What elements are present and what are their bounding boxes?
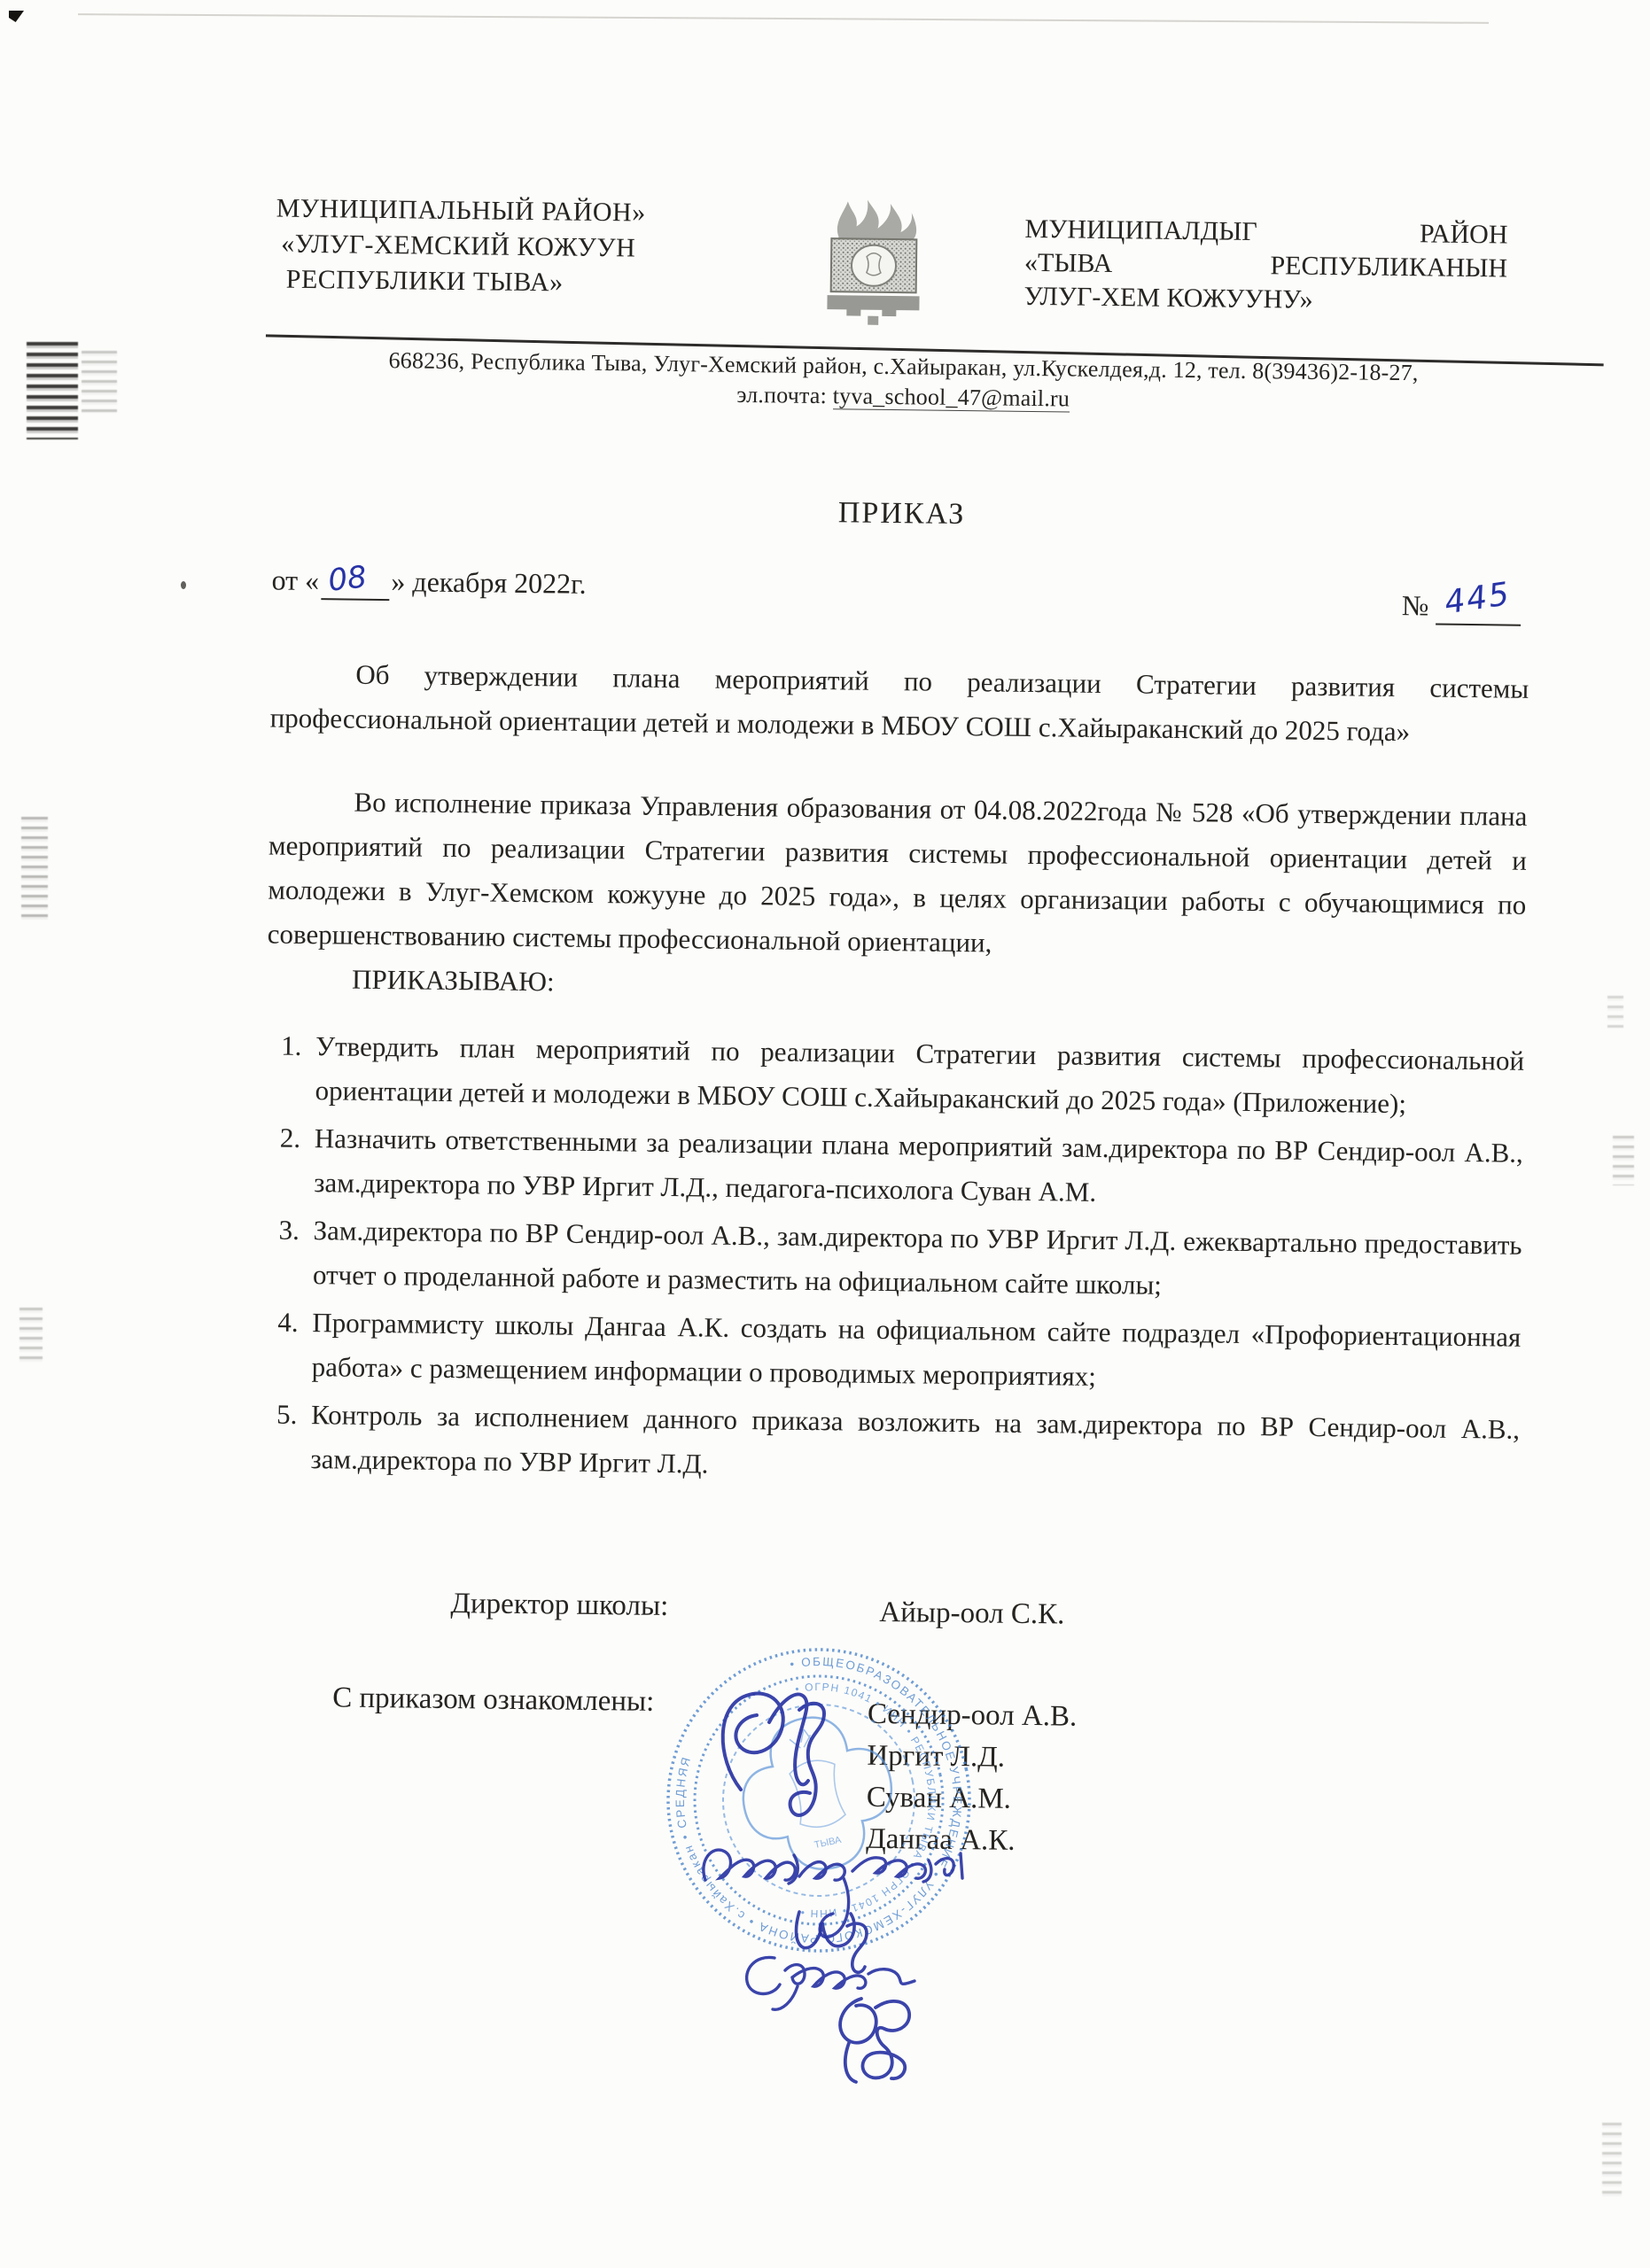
date-number-row: от «08» декабря 2022г. № 445 (271, 562, 1530, 625)
scan-smudge (82, 351, 117, 413)
order-item: Программисту школы Дангаа А.К. создать н… (304, 1301, 1521, 1404)
org-line: «ТЫВА РЕСПУБЛИКАНЫН (1024, 246, 1507, 286)
org-line: МУНИЦИПАЛДЫГ РАЙОН (1024, 213, 1507, 252)
org-line: УЛУГ-ХЕМ КОЖУУНУ» (1023, 280, 1506, 320)
scan-smudge (21, 817, 48, 921)
email-label: эл.почта: (736, 382, 833, 408)
number-line: № 445 (1402, 586, 1522, 626)
date-blank: 08 (321, 563, 390, 601)
doc-title: ПРИКАЗ (272, 489, 1530, 538)
order-item: Утвердить план мероприятий по реализации… (307, 1024, 1524, 1128)
signature-director (707, 1676, 858, 1845)
org-name-left: МУНИЦИПАЛЬНЫЙ РАЙОН» «УЛУГ-ХЕМСКИЙ КОЖУУ… (276, 191, 724, 303)
order-item: Зам.директора по ВР Сендир-оол А.В., зам… (306, 1208, 1522, 1312)
org-name-right: МУНИЦИПАЛДЫГ РАЙОН «ТЫВА РЕСПУБЛИКАНЫН У… (1023, 200, 1508, 320)
director-label: Директор школы: (450, 1588, 668, 1623)
org-line: «УЛУГ-ХЕМСКИЙ КОЖУУН (276, 227, 723, 268)
scan-smudge (27, 342, 78, 439)
scanned-order-page: МУНИЦИПАЛЬНЫЙ РАЙОН» «УЛУГ-ХЕМСКИЙ КОЖУУ… (0, 0, 1650, 2268)
order-list: Утвердить план мероприятий по реализации… (261, 1023, 1524, 1495)
scan-smudge (19, 1308, 43, 1363)
letterhead: МУНИЦИПАЛЬНЫЙ РАЙОН» «УЛУГ-ХЕМСКИЙ КОЖУУ… (275, 191, 1535, 338)
number-label: № (1402, 589, 1429, 621)
date-prefix: от « (271, 563, 319, 596)
subject-paragraph: Об утверждении плана мероприятий по реал… (269, 651, 1529, 755)
order-item: Контроль за исполнением данного приказа … (303, 1393, 1520, 1496)
number-blank: 445 (1436, 587, 1522, 626)
scan-smudge (1613, 1136, 1634, 1185)
date-handwritten: 08 (326, 559, 368, 599)
scan-smudge (1602, 2123, 1622, 2197)
order-item: Назначить ответственными за реализации п… (307, 1116, 1523, 1220)
number-handwritten: 445 (1442, 576, 1513, 621)
scan-ink-dot (181, 581, 186, 589)
preamble-paragraph: Во исполнение приказа Управления образов… (267, 779, 1527, 971)
signature-dangaa (810, 1981, 943, 2091)
date-suffix: » декабря 2022г. (391, 565, 587, 600)
scan-corner-mark (9, 11, 24, 22)
scan-smudge (1607, 996, 1623, 1028)
coat-of-arms-icon (823, 198, 924, 330)
ack-label: С приказом ознакомлены: (332, 1682, 655, 1718)
date-line: от «08» декабря 2022г. (271, 562, 587, 602)
org-line: МУНИЦИПАЛЬНЫЙ РАЙОН» (276, 191, 723, 232)
email-value: tyva_school_47@mail.ru (833, 383, 1070, 412)
contact-block: 668236, Республика Тыва, Улуг-Хемский ра… (274, 345, 1533, 420)
org-line: РЕСПУБЛИКИ ТЫВА» (276, 262, 723, 303)
